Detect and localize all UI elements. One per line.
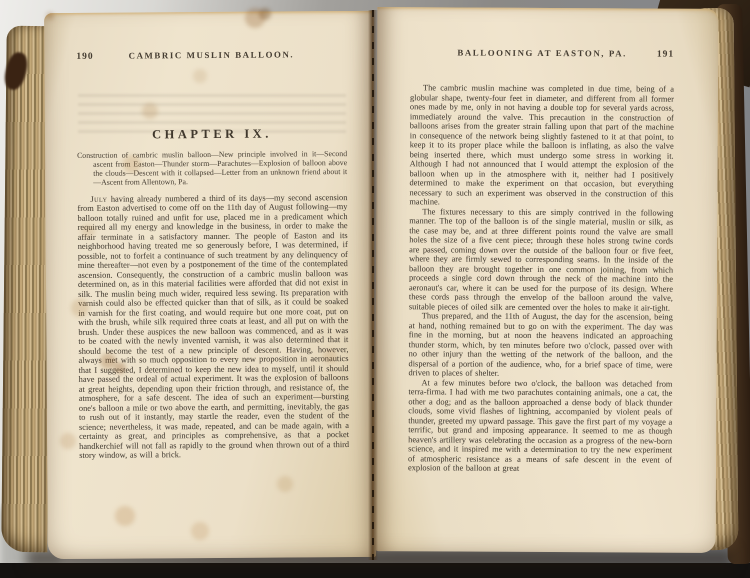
- right-page-header: BALLOONING AT EASTON, PA. 191: [410, 47, 674, 59]
- left-paragraph: July having already numbered a third of …: [77, 193, 349, 461]
- right-page: BALLOONING AT EASTON, PA. 191 The cambri…: [375, 7, 719, 553]
- lead-rest: having already numbered a third of its d…: [77, 193, 349, 460]
- book-scan-photo: 190 CAMBRIC MUSLIN BALLOON. CHAPTER IX. …: [0, 0, 750, 578]
- left-page-header: 190 CAMBRIC MUSLIN BALLOON.: [76, 49, 346, 62]
- right-paragraph: Thus prepared, and the 11th of August, t…: [408, 311, 672, 379]
- right-paragraph: The cambric muslin machine was completed…: [409, 83, 674, 208]
- right-paragraph: At a few minutes before two o'clock, the…: [408, 378, 672, 474]
- book-gutter: [368, 10, 378, 560]
- show-through-text: [78, 94, 346, 136]
- chapter-summary: Construction of cambric muslin balloon—N…: [77, 150, 347, 188]
- right-paragraph: The fixtures necessary to this are simpl…: [409, 207, 674, 313]
- lead-word: July: [90, 195, 107, 204]
- left-running-head: CAMBRIC MUSLIN BALLOON.: [120, 49, 302, 60]
- right-running-head: BALLOONING AT EASTON, PA.: [454, 48, 630, 59]
- left-page-number: 190: [76, 52, 120, 62]
- binding-stitches: [372, 10, 374, 560]
- left-body-text: July having already numbered a third of …: [77, 193, 349, 461]
- right-page-content: BALLOONING AT EASTON, PA. 191 The cambri…: [375, 7, 719, 553]
- right-body-text: The cambric muslin machine was completed…: [408, 83, 674, 474]
- right-page-number: 191: [630, 49, 674, 59]
